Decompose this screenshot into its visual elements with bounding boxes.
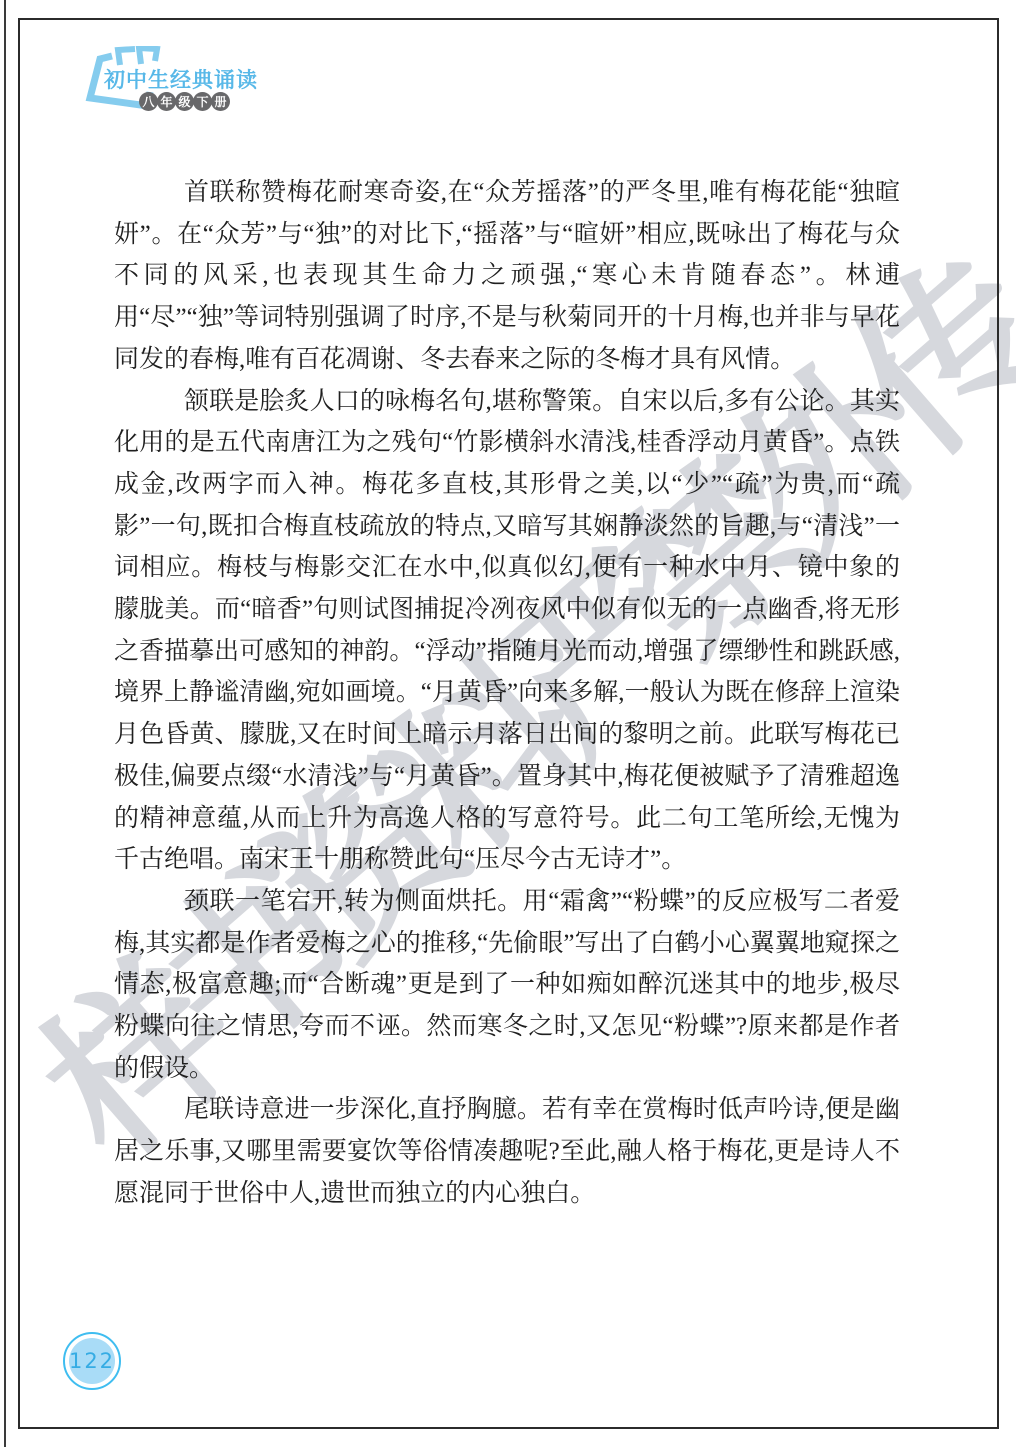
body-text: 首联称赞梅花耐寒奇姿,在“众芳摇落”的严冬里,唯有梅花能“独暄妍”。在“众芳”与… [114,172,900,1215]
subtitle-char: 下 [193,92,212,111]
paragraph-hanlian: 颔联是脍炙人口的咏梅名句,堪称警策。自宋以后,多有公论。其实化用的是五代南唐江为… [114,381,900,881]
paragraph-shoulian: 首联称赞梅花耐寒奇姿,在“众芳摇落”的严冬里,唯有梅花能“独暄妍”。在“众芳”与… [114,172,900,381]
page-number-badge: 122 [63,1332,121,1390]
page-edge-line [4,0,6,1447]
subtitle-char: 册 [211,92,230,111]
subtitle-char: 年 [157,92,176,111]
subtitle-char: 八 [139,92,158,111]
paragraph-weilian: 尾联诗意进一步深化,直抒胸臆。若有幸在赏梅时低声吟诗,便是幽居之乐事,又哪里需要… [114,1089,900,1214]
page-number: 122 [69,1338,115,1384]
logo-subtitle-badge: 八 年 级 下 册 [140,92,230,111]
subtitle-char: 级 [175,92,194,111]
paragraph-jinglian: 颈联一笔宕开,转为侧面烘托。用“霜禽”“粉蝶”的反应极写二者爱梅,其实都是作者爱… [114,881,900,1090]
logo-title: 初中生经典诵读 [104,64,258,94]
